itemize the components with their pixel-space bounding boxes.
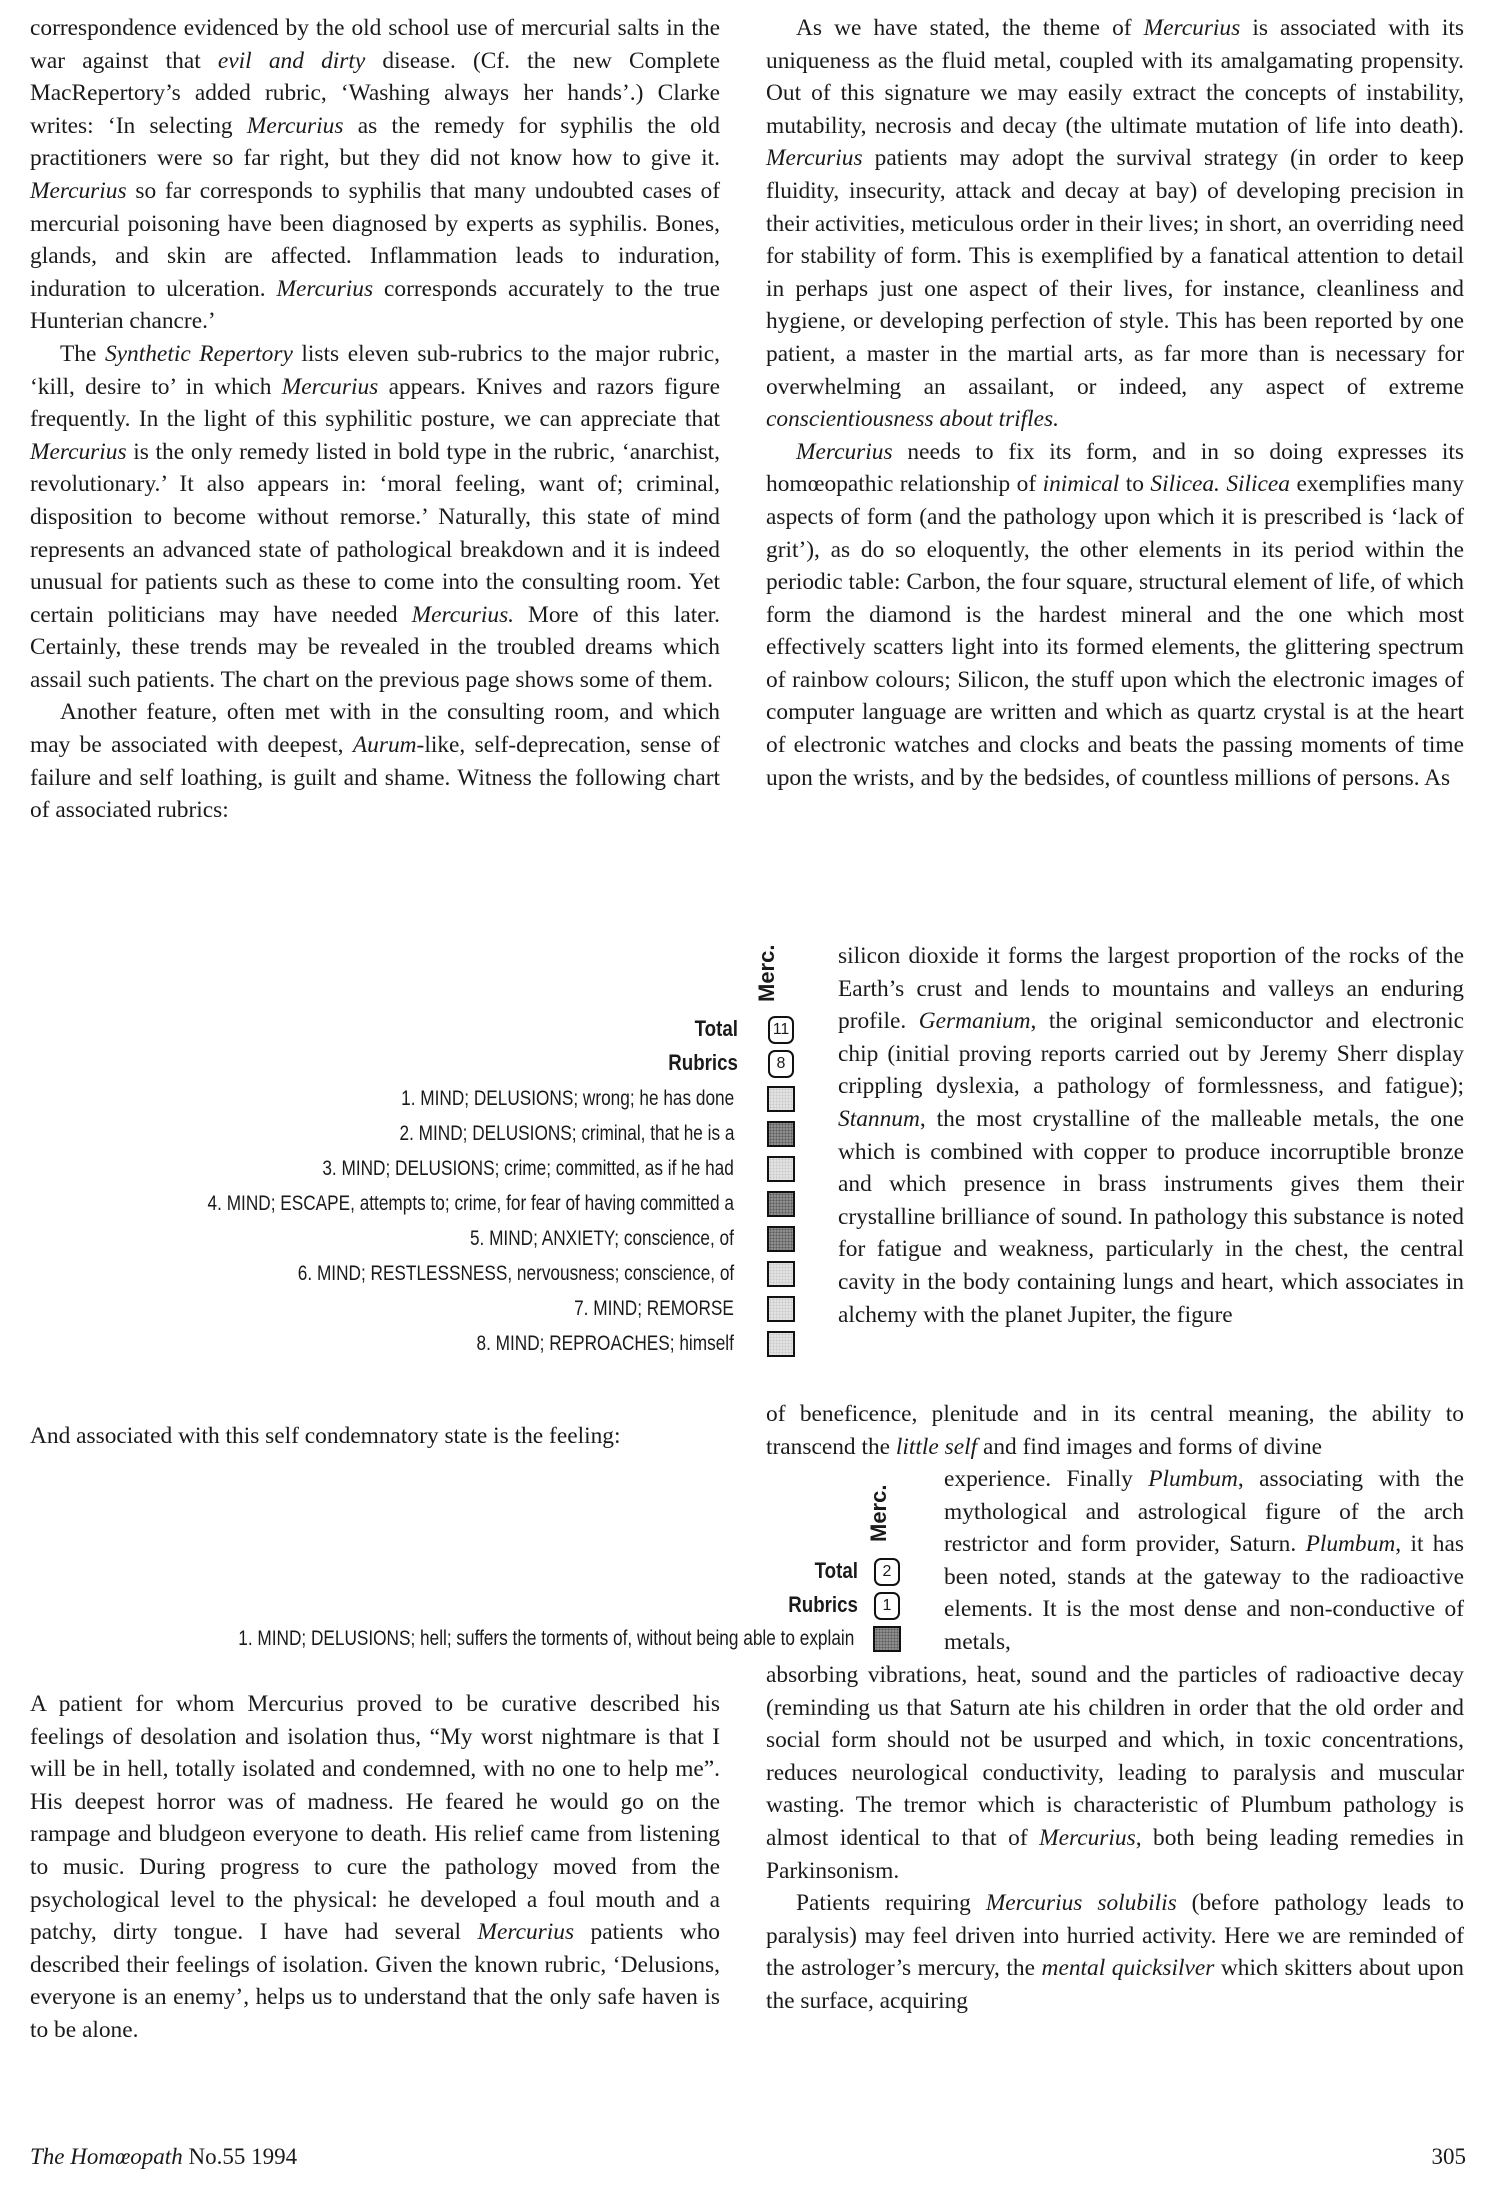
rubrics-count: 1 — [874, 1592, 900, 1620]
rubrics-count: 8 — [768, 1050, 794, 1078]
paragraph: And associated with this self condemnato… — [30, 1420, 720, 1453]
grade-cell-dark — [767, 1121, 795, 1147]
rubric-chart-guilt: Merc. Total 11 Rubrics 8 1. MIND; DELUSI… — [0, 940, 790, 1360]
journal-page: correspondence evidenced by the old scho… — [0, 0, 1496, 2187]
paragraph: of beneficence, plenitude and in its cen… — [766, 1398, 1464, 1463]
grade-cell-light — [767, 1086, 795, 1112]
rubric-row: 5. MIND; ANXIETY; conscience, of — [412, 1222, 734, 1256]
rubric-row: 4. MIND; ESCAPE, attempts to; crime, for… — [92, 1187, 734, 1221]
remedy-label-merc: Merc. — [754, 945, 780, 1002]
paragraph: A patient for whom Mercurius proved to b… — [30, 1688, 720, 2047]
right-column-wrap-around-chart: silicon dioxide it forms the largest pro… — [838, 940, 1464, 1331]
total-count: 11 — [768, 1016, 794, 1044]
paragraph: correspondence evidenced by the old scho… — [30, 12, 720, 338]
rubric-row: 2. MIND; DELUSIONS; criminal, that he is… — [326, 1117, 734, 1151]
rubric-row: 7. MIND; REMORSE — [539, 1292, 734, 1326]
grade-cell-light — [767, 1156, 795, 1182]
right-column-middle: of beneficence, plenitude and in its cen… — [766, 1398, 1464, 1463]
grade-cell-dark — [873, 1626, 901, 1652]
grade-cell-light — [767, 1261, 795, 1287]
paragraph: silicon dioxide it forms the largest pro… — [838, 940, 1464, 1331]
footer-journal: The Homœopath No.55 1994 — [30, 2144, 297, 2170]
right-column-wrap-around-chart-2: experience. Finally Plumbum, associating… — [944, 1463, 1464, 1659]
paragraph: The Synthetic Repertory lists eleven sub… — [30, 338, 720, 697]
rubrics-label: Rubrics — [668, 1050, 738, 1076]
grade-cell-dark — [767, 1226, 795, 1252]
rubric-row: 8. MIND; REPROACHES; himself — [420, 1327, 734, 1361]
grade-cell-light — [767, 1331, 795, 1357]
rubric-row: 3. MIND; DELUSIONS; crime; committed, as… — [232, 1152, 734, 1186]
left-column-intro: And associated with this self condemnato… — [30, 1420, 720, 1453]
total-count: 2 — [874, 1558, 900, 1586]
paragraph: Patients requiring Mercurius solubilis (… — [766, 1887, 1464, 2017]
rubrics-label: Rubrics — [788, 1592, 858, 1618]
remedy-label-merc: Merc. — [866, 1485, 892, 1542]
journal-title: The Homœopath — [30, 2144, 183, 2169]
total-label: Total — [695, 1016, 738, 1042]
grade-cell-light — [767, 1296, 795, 1322]
paragraph: experience. Finally Plumbum, associating… — [944, 1463, 1464, 1659]
right-column-top: As we have stated, the theme of Mercuriu… — [766, 12, 1464, 794]
rubric-chart-hell: Merc. Total 2 Rubrics 1 1. MIND; DELUSIO… — [0, 1480, 900, 1660]
total-label: Total — [815, 1558, 858, 1584]
paragraph: absorbing vibrations, heat, sound and th… — [766, 1659, 1464, 1887]
page-number: 305 — [1432, 2144, 1467, 2170]
journal-issue: No.55 1994 — [188, 2144, 297, 2169]
grade-cell-dark — [767, 1191, 795, 1217]
paragraph: Another feature, often met with in the c… — [30, 696, 720, 826]
paragraph: Mercurius needs to fix its form, and in … — [766, 436, 1464, 795]
rubric-row: 1. MIND; DELUSIONS; wrong; he has done — [328, 1082, 734, 1116]
rubric-row: 6. MIND; RESTLESSNESS, nervousness; cons… — [202, 1257, 734, 1291]
rubric-row: 1. MIND; DELUSIONS; hell; suffers the to… — [103, 1622, 854, 1656]
left-column-top: correspondence evidenced by the old scho… — [30, 12, 720, 827]
right-column-bottom: absorbing vibrations, heat, sound and th… — [766, 1659, 1464, 2018]
left-column-bottom: A patient for whom Mercurius proved to b… — [30, 1688, 720, 2047]
paragraph: As we have stated, the theme of Mercuriu… — [766, 12, 1464, 436]
